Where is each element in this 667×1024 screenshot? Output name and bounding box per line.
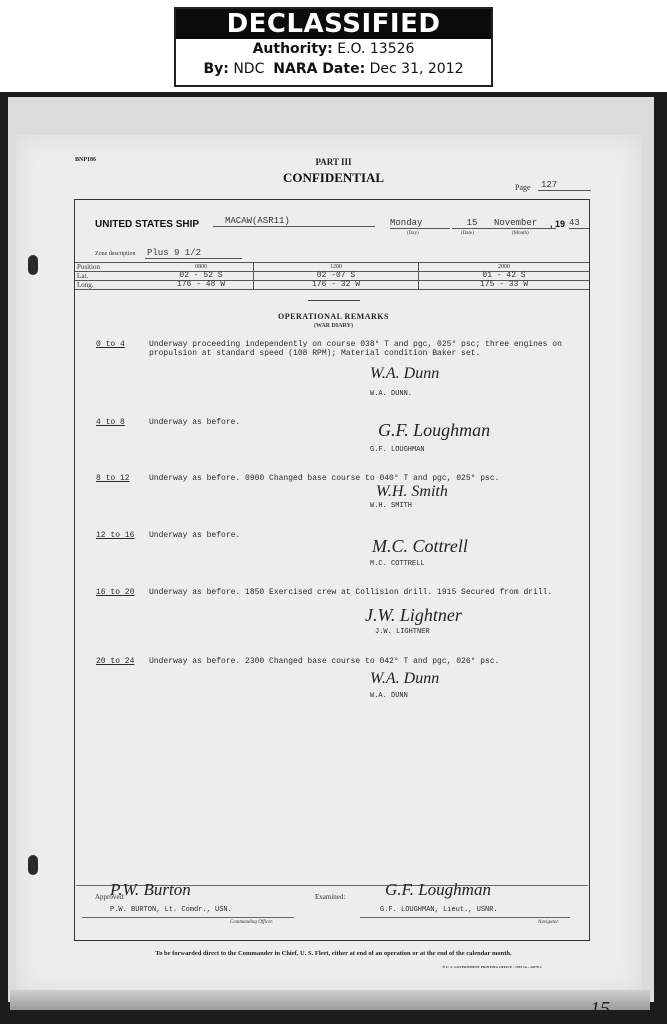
remarks-subtitle: (WAR DIARY) <box>0 323 667 329</box>
page-label: Page <box>515 183 531 192</box>
signer-name: J.W. LIGHTNER <box>375 628 430 636</box>
entry-text: Underway as before. <box>149 418 579 427</box>
month-caption: (Month) <box>512 231 529 236</box>
ship-month: November <box>490 218 556 229</box>
approved-name: P.W. BURTON, Lt. Comdr., USN. <box>110 906 232 914</box>
signer-name: W.A. DUNN. <box>370 390 412 398</box>
printer-imprint: ☆ U. S. GOVERNMENT PRINTING OFFICE : 194… <box>442 965 542 969</box>
watch-period: 0 to 4 <box>96 340 125 349</box>
ship-name: MACAW(ASR11) <box>213 216 375 227</box>
examined-label: Examined: <box>315 893 345 901</box>
entry-text: Underway as before. 2300 Changed base co… <box>149 657 579 666</box>
stamp-authority: Authority: E.O. 13526 <box>176 39 491 59</box>
ship-date: 15 <box>452 218 492 229</box>
ship-label: UNITED STATES SHIP <box>95 219 199 230</box>
table-cell: 176 - 32 W <box>254 281 419 290</box>
part-heading: PART III <box>0 157 667 167</box>
row-label: Long. <box>75 281 149 290</box>
entry-text: Underway as before. 0900 Changed base co… <box>149 474 579 483</box>
signature: W.A. Dunn <box>370 670 439 688</box>
signature: W.H. Smith <box>376 483 448 501</box>
stamp-title: DECLASSIFIED <box>176 9 491 39</box>
signer-name: G.F. LOUGHMAN <box>370 446 425 454</box>
signature: W.A. Dunn <box>370 365 439 383</box>
zone-label: Zone description <box>95 251 136 257</box>
forwarding-instruction: To be forwarded direct to the Commander … <box>0 950 667 957</box>
approved-signature: P.W. Burton <box>110 880 191 900</box>
binder-hole-icon <box>28 255 38 275</box>
day-caption: (Day) <box>407 231 419 236</box>
watch-period: 4 to 8 <box>96 418 125 427</box>
page-number: 127 <box>538 180 591 191</box>
examined-rule <box>360 917 570 918</box>
binder-hole-icon <box>28 855 38 875</box>
position-table: Position 0800 1200 2000 Lat. 02 - 52 S 0… <box>75 262 589 290</box>
year-prefix: , 19 <box>550 219 565 229</box>
stamp-by-nara: By: NDC NARA Date: Dec 31, 2012 <box>176 59 491 79</box>
entry-text: Underway proceeding independently on cou… <box>149 340 579 358</box>
signature: J.W. Lightner <box>365 605 462 626</box>
watch-period: 16 to 20 <box>96 588 134 597</box>
signer-name: W.H. SMITH <box>370 502 412 510</box>
table-cell: 175 - 33 W <box>419 281 590 290</box>
watch-period: 12 to 16 <box>96 531 134 540</box>
year-suffix: 43 <box>569 218 589 229</box>
signature: M.C. Cottrell <box>372 536 468 557</box>
page-shadow <box>10 990 650 1010</box>
examined-signature: G.F. Loughman <box>385 880 491 900</box>
declassified-stamp: DECLASSIFIED Authority: E.O. 13526 By: N… <box>174 7 493 87</box>
table-header: Position <box>75 263 149 272</box>
watch-period: 8 to 12 <box>96 474 130 483</box>
zone-value: Plus 9 1/2 <box>145 248 242 259</box>
signer-name: W.A. DUNN <box>370 692 408 700</box>
approved-rule <box>82 917 294 918</box>
handwritten-number: 15 <box>590 998 610 1021</box>
examined-role: Navigator. <box>538 920 559 925</box>
signer-name: M.C. COTTRELL <box>370 560 425 568</box>
table-row: Long. 176 - 48 W 176 - 32 W 175 - 33 W <box>75 281 589 290</box>
entry-text: Underway as before. <box>149 531 579 540</box>
watch-period: 20 to 24 <box>96 657 134 666</box>
signature: G.F. Loughman <box>378 420 490 441</box>
row-label: Lat. <box>75 272 149 281</box>
form-frame <box>74 199 590 941</box>
entry-text: Underway as before. 1850 Exercised crew … <box>149 588 579 597</box>
examined-name: G.F. LOUGHMAN, Lieut., USNR. <box>380 906 498 914</box>
ship-day: Monday <box>390 218 450 229</box>
approved-role: Commanding Officer. <box>230 920 273 925</box>
section-divider <box>308 300 360 301</box>
table-cell: 176 - 48 W <box>149 281 254 290</box>
remarks-title: OPERATIONAL REMARKS <box>0 312 667 321</box>
date-caption: (Date) <box>461 231 474 236</box>
